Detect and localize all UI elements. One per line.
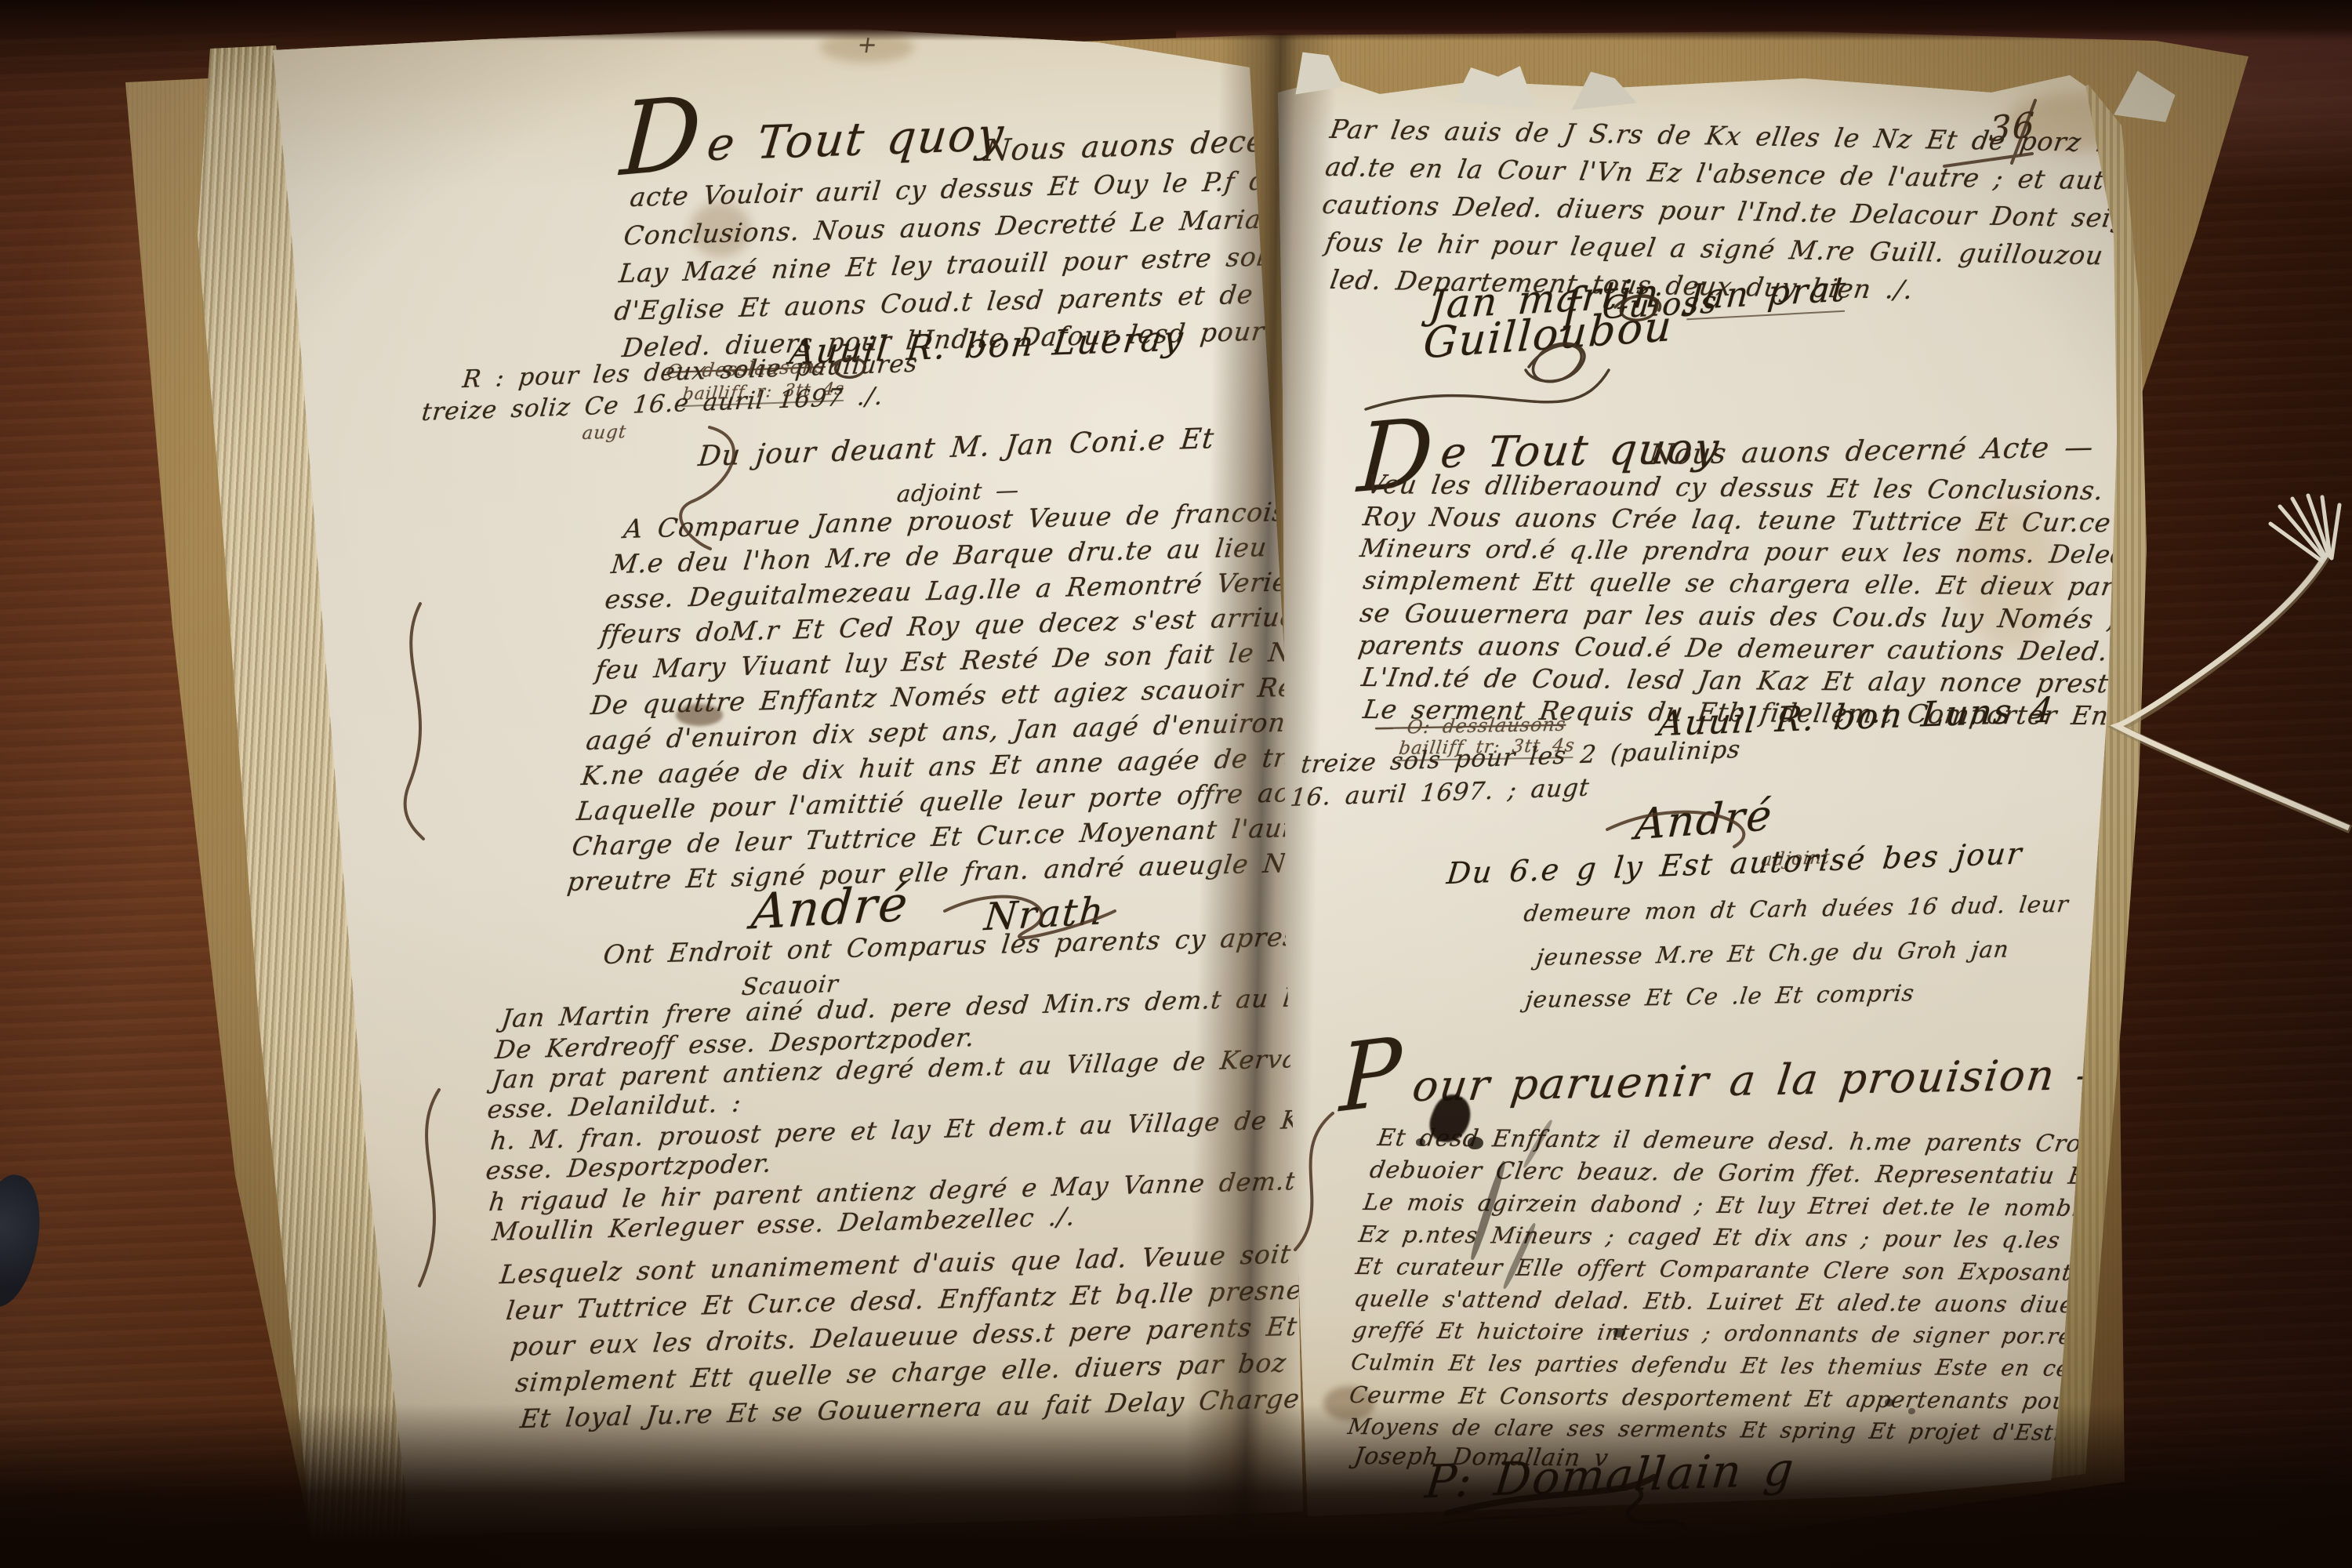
- manuscript-line: jeunesse Et Ce .le Et compris: [1524, 979, 1916, 1013]
- manuscript-line: jeunesse M.re Et Ch.ge du Groh jan: [1535, 935, 2011, 971]
- manuscript-line: fous le hir pour lequel a signé M.re Gui…: [1323, 227, 2106, 270]
- manuscript-line: André: [1634, 790, 1775, 850]
- manuscript-line: adjoint —: [895, 477, 1021, 508]
- manuscript-line: debuoier Clerc beauz. de Gorim ffet. Rep…: [1368, 1156, 2174, 1191]
- manuscript-line: Roy Nous auons Crée laq. teune Tuttrice …: [1361, 501, 2221, 539]
- manuscript-line: Jan prat: [1686, 269, 1849, 320]
- manuscript-line: Veu les dlliberaound cy dessus Et les Co…: [1364, 469, 2245, 507]
- manuscript-line: demeure mon dt Carh duées 16 dud. leur: [1523, 891, 2071, 927]
- page-number: 36: [1988, 105, 2036, 151]
- manuscript-line: esse. Delanildut. :: [486, 1088, 743, 1125]
- manuscript-line: our paruenir a la prouision —: [1410, 1049, 2123, 1111]
- book-bottom-shadow: [0, 1403, 2352, 1568]
- manuscript-line: e Tout quoy: [705, 107, 1007, 172]
- manuscript-line: André: [750, 874, 912, 940]
- manuscript-line: Du 6.e g ly Est autorisé bes jour: [1445, 836, 2024, 891]
- manuscript-line: L'Ind.té de Coud. lesd Jan Kaz Et alay n…: [1359, 662, 2184, 699]
- manuscript-line: Du jour deuant M. Jan Coni.e Et: [697, 423, 1216, 473]
- manuscript-line: Et desd Enffantz il demeure desd. h.me p…: [1376, 1124, 2142, 1158]
- photo-scene: +De Tout quoyNous auons decerné —acte Vo…: [0, 0, 2352, 1568]
- manuscript-line: — O: desslausons: [1374, 713, 1568, 739]
- manuscript-line: augt: [581, 422, 627, 444]
- manuscript-line: Nous auons decerné Acte —: [1647, 431, 2096, 471]
- table-top-shadow: [0, 0, 2352, 41]
- manuscript-line: P: [1339, 1016, 1403, 1133]
